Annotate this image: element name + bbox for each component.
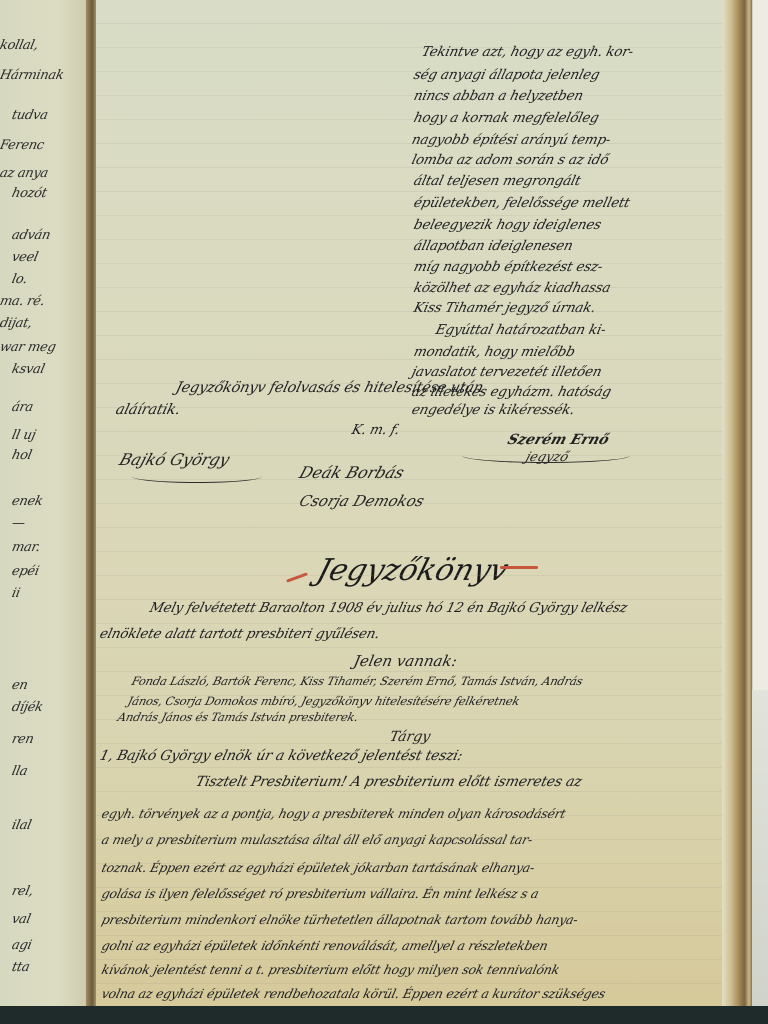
attendees-line: János, Csorja Domokos mbíró, Jegyzőkönyv…	[126, 694, 521, 708]
signature-notary: Szerém Ernő	[505, 432, 611, 448]
text-line: javaslatot tervezetét illetően	[410, 364, 603, 380]
left-page-fragment: ll uj	[10, 428, 37, 443]
text-line: míg nagyobb építkezést esz-	[412, 259, 604, 275]
signature-chairman: Bajkó György	[117, 450, 232, 469]
left-page-fragment: ilal	[10, 818, 32, 833]
signature-flourish	[462, 448, 630, 463]
left-page-fragment: az anya	[0, 166, 49, 181]
agenda-item: 1, Bajkó György elnök úr a következő jel…	[98, 748, 464, 764]
text-line: épületekben, felelőssége mellett	[412, 195, 632, 211]
signature-flourish	[132, 470, 262, 483]
report-line: kívánok jelentést tenni a t. presbiteriu…	[100, 962, 561, 977]
agenda-label: Tárgy	[388, 729, 432, 745]
bottom-shadow	[0, 1006, 768, 1024]
red-ink-mark-left	[286, 572, 308, 582]
report-line: egyh. törvények az a pontja, hogy a pres…	[100, 806, 567, 821]
red-ink-mark-right	[500, 566, 538, 569]
left-page-fragment: ksval	[10, 362, 46, 377]
minutes-heading: Jegyzőkönyv	[313, 553, 512, 588]
text-line: nincs abban a helyzetben	[412, 88, 585, 104]
left-page-fragment: ára	[10, 400, 34, 415]
report-line: toznak. Éppen ezért az egyházi épületek …	[100, 860, 536, 875]
kmf-abbreviation: K. m. f.	[350, 422, 401, 438]
left-page-fragment: tta	[10, 960, 31, 975]
left-page-fragment: Ferenc	[0, 138, 45, 153]
text-line: Egyúttal határozatban ki-	[434, 322, 607, 338]
left-page-fragment: war meg	[0, 340, 57, 355]
text-line: engedélye is kikéressék.	[410, 402, 576, 418]
loose-sheet-edge	[752, 0, 768, 690]
intro-line: elnöklete alatt tartott presbiteri gyűlé…	[98, 626, 381, 642]
left-page-fragment: en	[10, 678, 29, 693]
report-line: Tisztelt Presbiterium! A presbiterium el…	[194, 774, 583, 790]
report-line: golni az egyházi épületek időnkénti reno…	[100, 938, 549, 953]
attendees-line: Fonda László, Bartók Ferenc, Kiss Tihamé…	[130, 674, 584, 688]
text-line: lomba az adom során s az idő	[410, 152, 610, 168]
text-line: hogy a kornak megfelelőleg	[412, 110, 601, 126]
left-page-fragment: Hárminak	[0, 68, 65, 83]
text-line: mondatik, hogy mielőbb	[412, 344, 577, 360]
left-page-fragment: epéi	[10, 564, 40, 579]
left-page-fragment: agi	[10, 938, 33, 953]
left-page-fragment: ii	[10, 586, 21, 601]
left-page-fragment: díjék	[10, 700, 44, 715]
text-line: Tekintve azt, hogy az egyh. kor-	[420, 44, 635, 60]
left-page-fragment: enek	[10, 494, 44, 509]
text-line: közölhet az egyház kiadhassa	[412, 280, 612, 296]
left-page-fragment: dijat,	[0, 316, 33, 331]
report-line: presbiterium mindenkori elnöke türhetetl…	[100, 912, 579, 927]
left-page-fragment: val	[10, 912, 32, 927]
report-line: volna az egyházi épületek rendbehozatala…	[100, 986, 607, 1001]
attendees-line: András János és Tamás István presbiterek…	[116, 710, 359, 724]
left-page: kollal,HárminaktudvaFerencaz anyahozótad…	[0, 0, 96, 1010]
text-line: ség anyagi állapota jelenleg	[412, 67, 601, 83]
main-page: Tekintve azt, hogy az egyh. kor- ség any…	[96, 0, 726, 1008]
text-line: beleegyezik hogy ideiglenes	[412, 217, 603, 233]
left-page-fragment: —	[10, 516, 26, 531]
report-line: a mely a presbiterium mulasztása által á…	[100, 832, 534, 847]
intro-line: Mely felvétetett Baraolton 1908 év juliu…	[148, 600, 629, 616]
closing-line-2: aláíratik.	[114, 402, 182, 418]
closing-line: Jegyzőkönyv felolvasás és hitelesítése u…	[174, 380, 485, 396]
left-page-fragment: hol	[10, 448, 33, 463]
text-line: nagyobb építési arányú temp-	[410, 132, 612, 148]
left-page-fragment: ma. ré.	[0, 294, 46, 309]
left-page-fragment: mar.	[10, 540, 41, 555]
signature-witness-2: Csorja Demokos	[297, 492, 427, 510]
left-page-fragment: ren	[10, 732, 35, 747]
left-page-fragment: veel	[10, 250, 39, 265]
page-edges	[722, 0, 752, 1010]
text-line: állapotban ideiglenesen	[412, 238, 575, 254]
left-page-fragment: hozót	[10, 186, 48, 201]
text-line: Kiss Tihamér jegyző úrnak.	[412, 300, 597, 316]
signature-witness-1: Deák Borbás	[297, 463, 407, 482]
left-page-fragment: lla	[10, 764, 28, 779]
text-line: által teljesen megrongált	[412, 173, 582, 189]
left-page-fragment: rel,	[10, 884, 34, 899]
report-line: golása is ilyen felelősséget ró presbite…	[100, 886, 540, 901]
manuscript-photo: kollal,HárminaktudvaFerencaz anyahozótad…	[0, 0, 768, 1024]
left-page-fragment: kollal,	[0, 38, 40, 53]
left-page-fragment: tudva	[10, 108, 49, 123]
present-label: Jelen vannak:	[352, 652, 459, 670]
left-page-fragment: lo.	[10, 272, 28, 287]
left-page-fragment: adván	[10, 228, 51, 243]
